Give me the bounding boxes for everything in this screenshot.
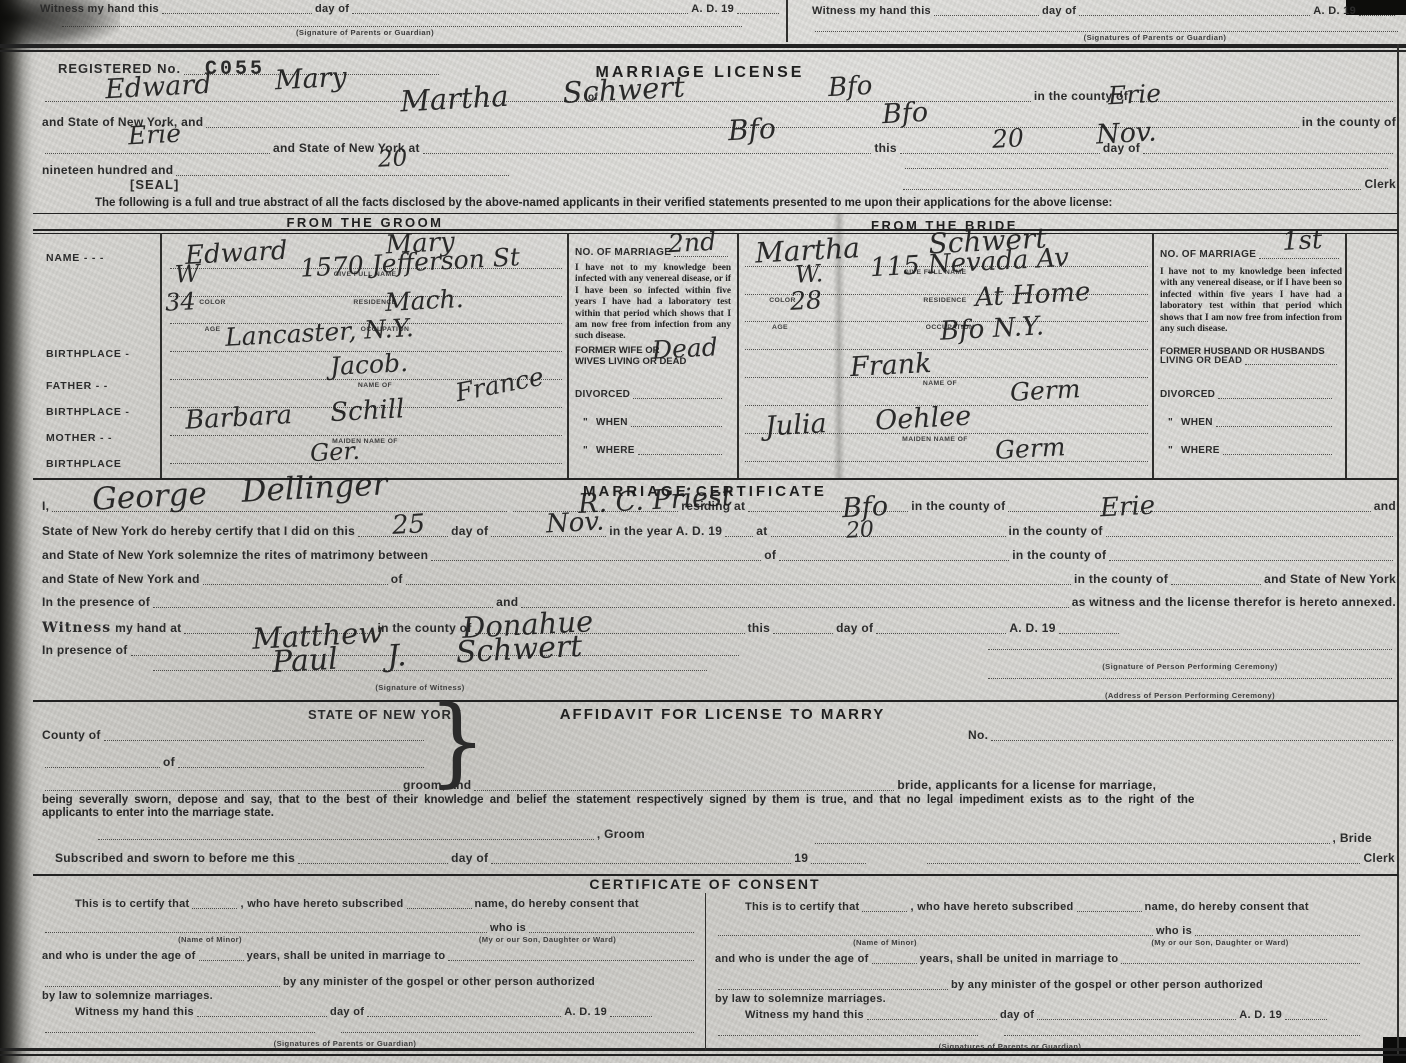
blank-line: [903, 187, 1361, 190]
affidavit-title: AFFIDAVIT FOR LICENSE TO MARRY: [550, 707, 895, 724]
blank-line: [45, 765, 160, 768]
blank-line: [45, 930, 487, 933]
blank-line: [104, 738, 424, 741]
entry-rule: [745, 377, 1148, 378]
no-label: No.: [968, 729, 988, 743]
ad19-label: A. D. 19: [1239, 1009, 1282, 1022]
scanned-marriage-license-document: Witness my hand this day of A. D. 19 Wit…: [0, 0, 1406, 1063]
solemnize-label: and State of New York solemnize the rite…: [42, 549, 428, 563]
witness-hand-label: Witness my hand this: [75, 1006, 194, 1019]
brace-glyph: }: [428, 694, 487, 791]
blank-line: [1195, 933, 1360, 936]
blank-line: [1285, 1017, 1327, 1020]
consent-right-line-3: and who is under the age of years, shall…: [715, 953, 1363, 966]
blank-line: [934, 13, 1039, 16]
blank-line: [1109, 558, 1393, 561]
ditto-mark: ": [1168, 445, 1173, 457]
groom-birthplace-value: Lancaster, N.Y.: [224, 315, 414, 350]
bride-former-husbands-row: LIVING OR DEAD: [1160, 356, 1340, 367]
blank-line: [448, 958, 694, 961]
blank-line: [1171, 582, 1261, 585]
blank-line: [45, 984, 280, 987]
blank-line: [872, 961, 917, 964]
month-handwriting: Nov.: [545, 508, 605, 537]
county-of-row: County of: [42, 729, 427, 743]
seal-label: [SEAL]: [130, 178, 179, 193]
blank-line: [737, 11, 779, 14]
subscribed-row: Subscribed and sworn to before me this d…: [55, 852, 1395, 866]
of-row: of: [42, 756, 427, 770]
table-divider: [160, 233, 162, 478]
witness-hand-label: Witness my hand this: [40, 3, 159, 16]
blank-line: [876, 631, 1006, 634]
blank-line: [352, 11, 688, 14]
witness-hand-label: Witness my hand this: [745, 1009, 864, 1022]
row-label-birthplace: BIRTHPLACE -: [46, 406, 130, 418]
name-of-caption: NAME OF: [895, 380, 985, 387]
ad19-label: A. D. 19: [691, 3, 734, 16]
year-19-label: 19: [794, 852, 808, 866]
son-daughter-ward-caption: (My or our Son, Daughter or Ward): [1095, 939, 1345, 947]
divorced-label: DIVORCED: [575, 389, 630, 401]
subscribed-label: Subscribed and sworn to before me this: [55, 852, 295, 866]
blank-line: [162, 11, 312, 14]
year-label: in the year A. D. 19: [609, 525, 722, 539]
certificate-line-2: State of New York do hereby certify that…: [42, 525, 1396, 539]
consent-right-line-2: who is: [715, 925, 1363, 938]
entry-rule: [745, 461, 1148, 462]
groom-signature-row: , Groom: [95, 828, 645, 842]
blank-line: [45, 151, 270, 154]
county-label: in the county of: [1302, 116, 1396, 130]
year-handwriting: 20: [377, 147, 407, 172]
witness-blackletter: Witness: [42, 620, 111, 636]
witness-hand-label: Witness my hand this: [812, 5, 931, 18]
blank-line: [610, 1014, 652, 1017]
bride-applicants-label: bride, applicants for a license for marr…: [897, 779, 1156, 793]
affidavit-body-line-1: being severally sworn, depose and say, t…: [42, 794, 1194, 808]
bride-mother-value: Julia Oehlee: [764, 403, 971, 441]
minister-label: by any minister of the gospel or other p…: [283, 976, 595, 989]
blank-line: [815, 841, 1330, 844]
table-divider: [737, 233, 739, 478]
groom-father-value: Jacob.: [329, 350, 408, 379]
day-of-label: day of: [836, 622, 873, 636]
blank-line: [991, 738, 1393, 741]
county-handwriting: Erie: [127, 121, 181, 149]
who-is-label: who is: [1156, 925, 1192, 938]
blank-line: [491, 861, 791, 864]
blank-line: [298, 861, 448, 864]
blank-line: [178, 765, 424, 768]
form-border-bottom: [0, 1048, 1406, 1051]
blank-line: [1008, 509, 1370, 512]
blank-line: [1245, 362, 1337, 365]
groom-mother-value: Barbara Schill: [184, 396, 405, 433]
blank-line: [98, 837, 594, 840]
groom-sig-label: , Groom: [597, 828, 645, 842]
blank-line: [771, 534, 1006, 537]
column-divider: [786, 0, 788, 42]
day-of-label: day of: [451, 525, 488, 539]
county-handwriting: Erie: [1107, 81, 1161, 109]
consent-right-signature-row: [715, 1033, 1363, 1038]
row-label-mother: MOTHER - -: [46, 432, 112, 444]
table-divider: [1152, 233, 1154, 478]
in-presence-label: In presence of: [42, 644, 128, 658]
blank-line: [341, 1030, 694, 1033]
no-of-marriage-label: NO. OF MARRIAGE: [1160, 249, 1256, 261]
groom-where-row: " WHERE: [583, 445, 725, 457]
bride-marriage-no-value: 1st: [1281, 227, 1323, 255]
license-line-2: and State of New York, and in the county…: [42, 116, 1396, 130]
blank-line: [1079, 13, 1310, 16]
nineteen-hundred-label: nineteen hundred and: [42, 164, 173, 178]
age-caption: AGE: [755, 324, 805, 331]
presence-label: In the presence of: [42, 596, 150, 610]
row-label-birthplace: BIRTHPLACE: [46, 458, 122, 470]
blank-line: [1077, 909, 1142, 912]
day-of-label: day of: [315, 3, 349, 16]
prev-form-witness-line-right: Witness my hand this day of A. D. 19: [812, 5, 1398, 18]
consent-left-line-3: and who is under the age of years, shall…: [42, 950, 697, 963]
witness-signature-caption: (Signature of Witness): [255, 684, 585, 692]
certificate-line-5: In the presence of and as witness and th…: [42, 596, 1396, 610]
consent-left-line-4: by any minister of the gospel or other p…: [42, 976, 697, 989]
month-handwriting: Nov.: [1095, 118, 1157, 148]
of-label: of: [391, 573, 403, 587]
blank-line: [431, 558, 761, 561]
blank-line: [153, 605, 493, 608]
blank-line: [176, 173, 509, 176]
and-label: and: [1374, 500, 1396, 514]
row-label-father: FATHER - -: [46, 380, 108, 392]
blank-line: [718, 933, 1153, 936]
groom-age-value: 34: [164, 289, 196, 315]
blank-line: [529, 930, 694, 933]
parents-signature-caption: (Signatures of Parents or Guardian): [180, 1040, 510, 1048]
consent-left-line-6: Witness my hand this day of A. D. 19: [75, 1006, 655, 1019]
parents-signature-caption: (Signature of Parents or Guardian): [150, 29, 580, 37]
bride-signature-row: , Bride: [812, 832, 1372, 846]
blank-line: [1121, 961, 1360, 964]
name-of-minor-caption: (Name of Minor): [755, 939, 1015, 947]
subscribed-label: , who have hereto subscribed: [240, 898, 403, 911]
groom-former-wives-label-1: FORMER WIFE OR: [575, 345, 659, 356]
blank-line: [45, 1030, 315, 1033]
minister-label: by any minister of the gospel or other p…: [951, 979, 1263, 992]
under-age-label: and who is under the age of: [715, 953, 869, 966]
blank-line: [1143, 151, 1393, 154]
entry-rule: [745, 349, 1148, 350]
bride-mother-birthplace-value: Germ: [994, 434, 1066, 463]
maiden-name-caption: MAIDEN NAME OF: [860, 436, 1010, 443]
prev-form-witness-line-left: Witness my hand this day of A. D. 19: [40, 3, 782, 16]
groom-marriage-no-value: 2nd: [667, 229, 716, 256]
form-border-right: [1397, 44, 1399, 1056]
row-label-birthplace: BIRTHPLACE -: [46, 348, 130, 360]
day-of-label: day of: [451, 852, 488, 866]
annex-label: as witness and the license therefor is h…: [1072, 596, 1396, 610]
ditto-mark: ": [583, 445, 588, 457]
entry-rule: [170, 463, 562, 464]
consent-right-line-6: Witness my hand this day of A. D. 19: [745, 1009, 1330, 1022]
row-label-name: NAME - - -: [46, 252, 104, 264]
name-of-minor-caption: (Name of Minor): [80, 936, 340, 944]
consent-left-line-1: This is to certify that , who have heret…: [75, 898, 700, 911]
affidavit-no-row: No.: [968, 729, 1396, 743]
this-label: this: [748, 622, 771, 636]
entry-rule: [170, 296, 562, 297]
county-label: in the county of: [911, 500, 1005, 514]
applicants-row: groom, and bride, applicants for a licen…: [42, 779, 1396, 793]
groom-mother-birthplace-value: Ger.: [309, 439, 360, 466]
affidavit-body-line-2: applicants to enter into the marriage st…: [42, 807, 274, 821]
entry-rule: [170, 435, 562, 436]
under-age-label: and who is under the age of: [42, 950, 196, 963]
united-marriage-label: years, shall be united in marriage to: [247, 950, 446, 963]
blank-line: [203, 582, 388, 585]
bride-name-handwriting: Martha Schwert: [399, 73, 685, 117]
ad19-label: A. D. 19: [1313, 5, 1356, 18]
blank-line: [725, 534, 753, 537]
ad19-label: A. D. 19: [1009, 622, 1055, 636]
day-of-label: day of: [1042, 5, 1076, 18]
consent-divider: [705, 893, 706, 1050]
hand-at-label: my hand at: [115, 622, 181, 636]
parents-signature-caption: (Signatures of Parents or Guardian): [845, 1043, 1175, 1051]
blank-line: [1218, 396, 1332, 399]
day-handwriting: 20: [991, 125, 1024, 152]
day-of-label: day of: [1000, 1009, 1034, 1022]
scan-edge-shadow-left: [0, 0, 40, 1063]
blank-line: [192, 906, 237, 909]
blank-line: [867, 1017, 997, 1020]
consent-left-line-2: who is: [42, 922, 697, 935]
bride-where-row: " WHERE: [1168, 445, 1335, 457]
blank-line: [862, 909, 907, 912]
blank-line: [927, 861, 1360, 864]
bride-occupation-value: At Home: [974, 279, 1091, 311]
day-of-label: day of: [330, 1006, 364, 1019]
divorced-label: DIVORCED: [1160, 389, 1215, 401]
clerk-label: Clerk: [1364, 178, 1396, 192]
of-label: of: [764, 549, 776, 563]
groom-and-label: groom, and: [403, 779, 471, 793]
blank-line: [45, 788, 400, 791]
bride-father-value: Frank: [849, 350, 932, 381]
blank-line: [1131, 99, 1393, 102]
blank-line: [1223, 452, 1332, 455]
day-handwriting: 25: [391, 511, 425, 539]
table-divider: [1345, 233, 1347, 478]
name-of-caption: NAME OF: [330, 382, 420, 389]
certify-label: This is to certify that: [745, 901, 859, 914]
bride-sig-label: , Bride: [1333, 832, 1372, 846]
blank-line: [423, 151, 872, 154]
blank-line: [779, 558, 1009, 561]
section-rule: [33, 700, 1398, 702]
consent-right-line-1: This is to certify that , who have heret…: [745, 901, 1370, 914]
form-border-top-inner: [0, 50, 1406, 52]
where-label: WHERE: [596, 445, 635, 457]
i-label: I,: [42, 500, 49, 514]
county-label: in the county of: [1009, 525, 1103, 539]
where-label: WHERE: [1181, 445, 1220, 457]
groom-when-row: " WHEN: [583, 417, 725, 429]
bride-color-value: W.: [794, 261, 823, 286]
groom-former-wives-value: Dead: [651, 334, 718, 362]
consent-that-label: name, do hereby consent that: [1145, 901, 1309, 914]
state-and-label: and State of New York and: [42, 573, 200, 587]
blank-line: [811, 861, 866, 864]
clerk-label: Clerk: [1363, 852, 1395, 866]
bride-when-row: " WHEN: [1168, 417, 1335, 429]
when-label: WHEN: [596, 417, 628, 429]
groom-occupation-value: Mach.: [384, 286, 464, 315]
certificate-line-3: and State of New York solemnize the rite…: [42, 549, 1396, 563]
license-line-4: nineteen hundred and: [42, 164, 512, 178]
table-rule: [33, 229, 1398, 231]
consent-title: CERTIFICATE OF CONSENT: [555, 877, 855, 892]
blank-line: [988, 676, 1392, 679]
consent-that-label: name, do hereby consent that: [475, 898, 639, 911]
consent-right-line-4: by any minister of the gospel or other p…: [715, 979, 1363, 992]
blank-line: [718, 1033, 978, 1036]
bride-divorced-row: DIVORCED: [1160, 389, 1335, 401]
clerk-row: Clerk: [900, 178, 1396, 192]
ad19-label: A. D. 19: [564, 1006, 607, 1019]
place-handwriting: Bfo: [881, 99, 928, 128]
son-daughter-ward-caption: (My or our Son, Daughter or Ward): [425, 936, 670, 944]
bride-birthplace-value: Bfo N.Y.: [939, 313, 1044, 344]
blank-line: [521, 605, 1068, 608]
certify-label: This is to certify that: [75, 898, 189, 911]
blank-line: [367, 1014, 561, 1017]
no-of-marriage-label: NO. OF MARRIAGE: [575, 247, 671, 259]
ditto-mark: ": [1168, 417, 1173, 429]
state-label: and State of New York: [1264, 573, 1396, 587]
blank-line: [197, 1014, 327, 1017]
form-border-top: [0, 44, 1406, 48]
year-handwriting: 20: [845, 519, 874, 542]
certify-label: State of New York do hereby certify that…: [42, 525, 355, 539]
this-label: this: [874, 142, 897, 156]
blank-line: [199, 958, 244, 961]
subscribed-label: , who have hereto subscribed: [910, 901, 1073, 914]
blank-line: [1106, 534, 1393, 537]
groom-color-value: W: [174, 261, 200, 286]
blank-line: [638, 452, 722, 455]
place-handwriting: Bfo: [727, 115, 776, 145]
bride-age-value: 28: [789, 287, 822, 314]
ceremony-signature-row: [985, 647, 1395, 652]
united-marriage-label: years, shall be united in marriage to: [920, 953, 1119, 966]
license-line-3: and State of New York at this day of: [42, 142, 1396, 156]
table-divider: [567, 233, 569, 478]
consent-left-signature-row: [42, 1030, 697, 1035]
blank-line: [1004, 1033, 1360, 1036]
abstract-statement: The following is a full and true abstrac…: [95, 197, 1112, 211]
blank-line: [633, 396, 722, 399]
blank-line: [631, 424, 722, 427]
bride-former-husbands-label-2: LIVING OR DEAD: [1160, 356, 1242, 367]
form-border-bottom-inner: [0, 1054, 1406, 1056]
groom-disease-statement: I have not to my knowledge been infected…: [575, 263, 731, 343]
ceremony-signature-caption: (Signature of Person Performing Ceremony…: [985, 663, 1395, 671]
section-rule: [33, 213, 1398, 214]
when-label: WHEN: [1181, 417, 1213, 429]
groom-father-birthplace-value: France: [453, 364, 545, 406]
county-handwriting: Erie: [1099, 493, 1155, 522]
blank-line: [1037, 1017, 1236, 1020]
blank-line: [1359, 13, 1395, 16]
certificate-line-4: and State of New York and of in the coun…: [42, 573, 1396, 587]
solemnize-label: by law to solemnize marriages.: [715, 993, 886, 1006]
blank-line: [407, 906, 472, 909]
blank-rule: [905, 168, 1388, 169]
county-label: in the county of: [1074, 573, 1168, 587]
ceremony-address-row: [985, 676, 1395, 681]
county-label: in the county of: [1012, 549, 1106, 563]
ditto-mark: ": [583, 417, 588, 429]
parents-signature-caption: (Signatures of Parents or Guardian): [940, 34, 1370, 42]
signature-rule: [815, 31, 1398, 32]
blank-line: [1216, 424, 1332, 427]
blank-line: [1059, 631, 1119, 634]
groom-divorced-row: DIVORCED: [575, 389, 725, 401]
blank-line: [474, 788, 894, 791]
of-label: of: [163, 756, 175, 770]
who-is-label: who is: [490, 922, 526, 935]
blank-line: [988, 647, 1392, 650]
bride-disease-statement: I have not to my knowledge been infected…: [1160, 267, 1342, 335]
solemnize-label: by law to solemnize marriages.: [42, 990, 213, 1003]
at-label: at: [756, 525, 767, 539]
blank-line: [773, 631, 833, 634]
certificate-line-6: Witness my hand at in the county of this…: [42, 620, 1396, 636]
county-of-label: County of: [42, 729, 101, 743]
blank-line: [718, 987, 948, 990]
signature-rule: [62, 26, 742, 27]
blank-line: [406, 582, 1071, 585]
bride-father-birthplace-value: Germ: [1009, 376, 1081, 405]
place-handwriting: Bfo: [827, 73, 873, 101]
